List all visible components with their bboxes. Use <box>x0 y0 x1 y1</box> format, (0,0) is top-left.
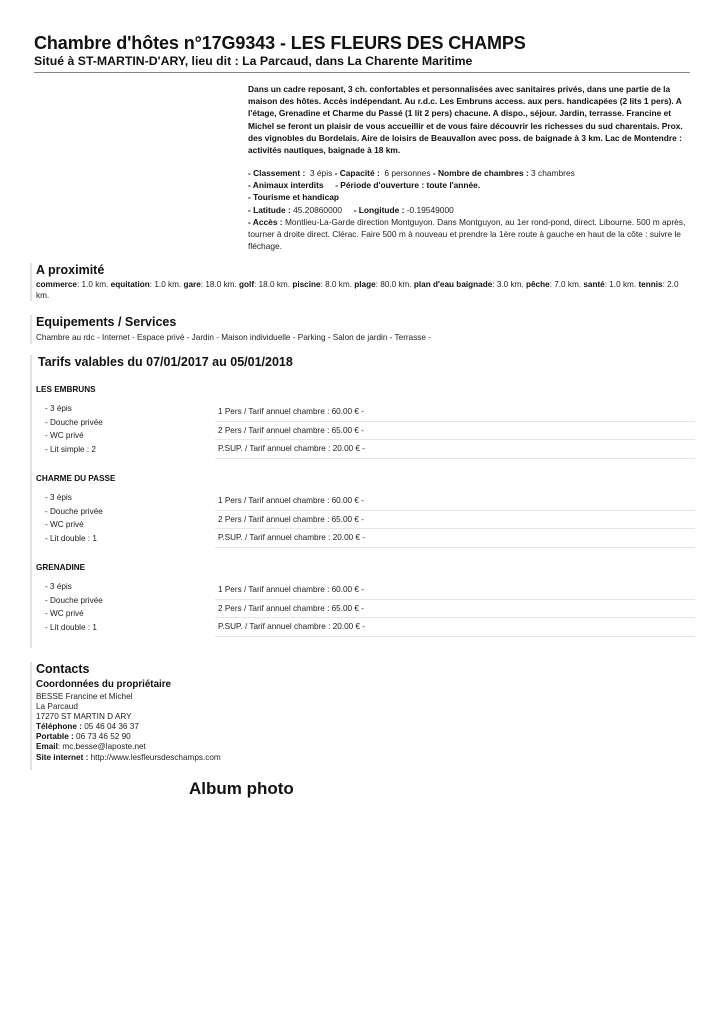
facts-line-animaux: - Animaux interdits - Période d'ouvertur… <box>248 179 690 191</box>
owner-details-title: Coordonnées du propriétaire <box>36 679 436 690</box>
longitude-value: -0.19549000 <box>407 205 454 215</box>
equipment-item: Maison individuelle <box>221 333 290 342</box>
room-feature: - WC privé <box>45 429 103 443</box>
room-prices-table: 1 Pers / Tarif annuel chambre : 60.00 € … <box>215 581 695 637</box>
mobile-label: Portable : <box>36 732 74 741</box>
price-row: 1 Pers / Tarif annuel chambre : 60.00 € … <box>215 492 695 511</box>
proximity-item-value: 8.0 km. <box>325 280 352 289</box>
owner-email-line: Email: mc.besse@laposte.net <box>36 742 436 752</box>
owner-mobile-line: Portable : 06 73 46 52 90 <box>36 732 436 742</box>
proximity-item: equitation: 1.0 km. <box>111 280 182 289</box>
owner-phone-line: Téléphone : 05 46 04 36 37 <box>36 722 436 732</box>
proximity-item-label: plage <box>354 280 375 289</box>
proximity-item: santé: 1.0 km. <box>583 280 636 289</box>
proximity-item: commerce: 1.0 km. <box>36 280 108 289</box>
room-feature: - 3 épis <box>45 402 103 416</box>
room-feature: - Douche privée <box>45 416 103 430</box>
room-feature: - 3 épis <box>45 580 103 594</box>
price-row: P.SUP. / Tarif annuel chambre : 20.00 € … <box>215 618 695 637</box>
latitude-label: - Latitude : <box>248 205 291 215</box>
proximity-item-label: gare <box>184 280 201 289</box>
proximity-item-value: 7.0 km. <box>554 280 581 289</box>
equipment-title: Equipements / Services <box>36 315 692 329</box>
proximity-list: commerce: 1.0 km. equitation: 1.0 km. ga… <box>36 280 692 301</box>
room-features: - 3 épis- Douche privée- WC privé- Lit s… <box>45 402 103 456</box>
owner-name: BESSE Francine et Michel <box>36 692 436 702</box>
equipment-item: Terrasse <box>395 333 426 342</box>
phone-value[interactable]: 05 46 04 36 37 <box>84 722 139 731</box>
proximity-item-label: santé <box>583 280 604 289</box>
rates-section: Tarifs valables du 07/01/2017 au 05/01/2… <box>30 355 698 648</box>
equipment-item: Parking <box>298 333 326 342</box>
phone-label: Téléphone : <box>36 722 82 731</box>
tourisme-label: - Tourisme et handicap <box>248 192 339 202</box>
chambres-label: - Nombre de chambres : <box>433 168 529 178</box>
animaux-label: - Animaux interdits <box>248 180 324 190</box>
classement-value: 3 épis <box>310 168 332 178</box>
owner-address-1: La Parcaud <box>36 702 436 712</box>
classement-label: - Classement : <box>248 168 305 178</box>
proximity-title: A proximité <box>36 263 692 277</box>
website-label: Site internet : <box>36 753 88 762</box>
proximity-item: gare: 18.0 km. <box>184 280 237 289</box>
proximity-item-value: 80.0 km. <box>380 280 411 289</box>
proximity-item-value: 18.0 km. <box>259 280 290 289</box>
capacite-label: - Capacité : <box>335 168 380 178</box>
acces-value: Montlieu-La-Garde direction Montguyon. D… <box>248 217 685 251</box>
periode-label: - Période d'ouverture : toute l'année. <box>335 180 480 190</box>
room-feature: - Douche privée <box>45 594 103 608</box>
room-prices-table: 1 Pers / Tarif annuel chambre : 60.00 € … <box>215 492 695 548</box>
room-features: - 3 épis- Douche privée- WC privé- Lit d… <box>45 580 103 634</box>
mobile-value[interactable]: 06 73 46 52 90 <box>76 732 131 741</box>
equipment-item: Salon de jardin <box>333 333 388 342</box>
page-subtitle: Situé à ST-MARTIN-D'ARY, lieu dit : La P… <box>34 54 472 68</box>
capacite-value: 6 personnes <box>384 168 430 178</box>
website-link[interactable]: http://www.lesfleursdeschamps.com <box>91 753 221 762</box>
proximity-item-label: plan d'eau baignade <box>414 280 492 289</box>
page-title: Chambre d'hôtes n°17G9343 - LES FLEURS D… <box>34 33 526 54</box>
proximity-item: pêche: 7.0 km. <box>526 280 581 289</box>
proximity-item-label: equitation <box>111 280 150 289</box>
price-row: 1 Pers / Tarif annuel chambre : 60.00 € … <box>215 581 695 600</box>
proximity-item: piscine: 8.0 km. <box>292 280 352 289</box>
album-title: Album photo <box>189 779 294 799</box>
equipment-section: Equipements / Services Chambre au rdc - … <box>30 315 692 344</box>
proximity-item: golf: 18.0 km. <box>239 280 290 289</box>
proximity-item: plan d'eau baignade: 3.0 km. <box>414 280 524 289</box>
proximity-item-value: 1.0 km. <box>82 280 109 289</box>
contacts-section: Contacts Coordonnées du propriétaire BES… <box>30 662 436 770</box>
proximity-item: plage: 80.0 km. <box>354 280 411 289</box>
proximity-item-label: piscine <box>292 280 320 289</box>
price-row: 2 Pers / Tarif annuel chambre : 65.00 € … <box>215 600 695 619</box>
room-prices-table: 1 Pers / Tarif annuel chambre : 60.00 € … <box>215 403 695 459</box>
email-link[interactable]: mc.besse@laposte.net <box>62 742 145 751</box>
facts-block: - Classement : 3 épis - Capacité : 6 per… <box>248 167 690 252</box>
room-name: CHARME DU PASSE <box>36 474 115 483</box>
facts-line-coords: - Latitude : 45.20860000 - Longitude : -… <box>248 204 690 216</box>
facts-line-classement: - Classement : 3 épis - Capacité : 6 per… <box>248 167 690 179</box>
proximity-item-value: 1.0 km. <box>154 280 181 289</box>
room-name: LES EMBRUNS <box>36 385 96 394</box>
proximity-item-label: pêche <box>526 280 550 289</box>
proximity-item-value: 3.0 km. <box>497 280 524 289</box>
email-label: Email <box>36 742 58 751</box>
description: Dans un cadre reposant, 3 ch. confortabl… <box>248 83 690 156</box>
room-feature: - Lit double : 1 <box>45 621 103 635</box>
price-row: P.SUP. / Tarif annuel chambre : 20.00 € … <box>215 529 695 548</box>
equipment-item: Internet <box>102 333 130 342</box>
rates-title: Tarifs valables du 07/01/2017 au 05/01/2… <box>38 355 698 369</box>
equipment-item: Espace privé <box>137 333 184 342</box>
price-row: 2 Pers / Tarif annuel chambre : 65.00 € … <box>215 511 695 530</box>
equipment-item: Jardin <box>192 333 214 342</box>
price-row: 2 Pers / Tarif annuel chambre : 65.00 € … <box>215 422 695 441</box>
owner-website-line: Site internet : http://www.lesfleursdesc… <box>36 753 436 763</box>
price-row: P.SUP. / Tarif annuel chambre : 20.00 € … <box>215 440 695 459</box>
room-feature: - WC privé <box>45 518 103 532</box>
proximity-item-value: 1.0 km. <box>609 280 636 289</box>
price-row: 1 Pers / Tarif annuel chambre : 60.00 € … <box>215 403 695 422</box>
proximity-item-value: 18.0 km. <box>205 280 236 289</box>
proximity-item-label: tennis <box>638 280 662 289</box>
equipment-list: Chambre au rdc - Internet - Espace privé… <box>36 333 692 344</box>
proximity-item-label: commerce <box>36 280 77 289</box>
chambres-value: 3 chambres <box>531 168 575 178</box>
room-feature: - Lit simple : 2 <box>45 443 103 457</box>
proximity-item-label: golf <box>239 280 254 289</box>
header-divider <box>34 72 690 73</box>
room-features: - 3 épis- Douche privée- WC privé- Lit d… <box>45 491 103 545</box>
owner-address-2: 17270 ST MARTIN D ARY <box>36 712 436 722</box>
latitude-value: 45.20860000 <box>293 205 342 215</box>
room-feature: - Douche privée <box>45 505 103 519</box>
room-feature: - 3 épis <box>45 491 103 505</box>
room-feature: - WC privé <box>45 607 103 621</box>
facts-line-tourisme: - Tourisme et handicap <box>248 191 690 203</box>
room-feature: - Lit double : 1 <box>45 532 103 546</box>
proximity-section: A proximité commerce: 1.0 km. equitation… <box>30 263 692 301</box>
room-name: GRENADINE <box>36 563 85 572</box>
contacts-title: Contacts <box>36 662 436 676</box>
facts-line-acces: - Accès : Montlieu-La-Garde direction Mo… <box>248 216 690 253</box>
acces-label: - Accès : <box>248 217 283 227</box>
longitude-label: - Longitude : <box>354 205 405 215</box>
equipment-item: Chambre au rdc <box>36 333 95 342</box>
